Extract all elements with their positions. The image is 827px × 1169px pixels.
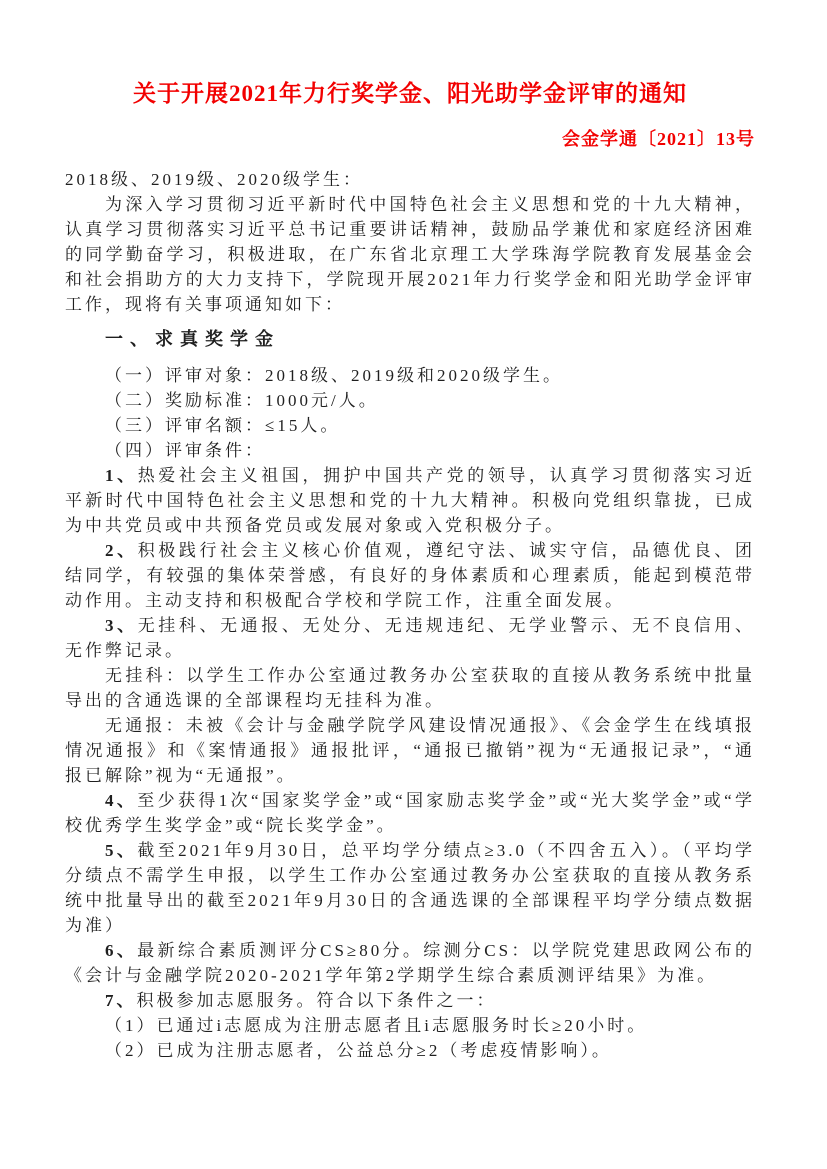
condition-1-number: 1、 — [105, 466, 138, 485]
condition-6-number: 6、 — [105, 941, 137, 960]
condition-2: 2、积极践行社会主义核心价值观，遵纪守法、诚实守信，品德优良、团结同学，有较强的… — [65, 538, 755, 613]
condition-3-number: 3、 — [105, 616, 138, 635]
intro-paragraph: 为深入学习贯彻习近平新时代中国特色社会主义思想和党的十九大精神，认真学习贯彻落实… — [65, 192, 755, 317]
document-page: 关于开展2021年力行奖学金、阳光助学金评审的通知 会金学通〔2021〕13号 … — [0, 0, 827, 1169]
condition-3-text: 无挂科、无通报、无处分、无违规违纪、无学业警示、无不良信用、无作弊记录。 — [65, 616, 755, 660]
condition-5-text: 截至2021年9月30日，总平均学分绩点≥3.0（不四舍五入）。（平均学分绩点不… — [65, 841, 755, 935]
condition-7: 7、积极参加志愿服务。符合以下条件之一： — [65, 988, 755, 1013]
notice-body: 2018级、2019级、2020级学生： 为深入学习贯彻习近平新时代中国特色社会… — [65, 167, 755, 1063]
quota-item: （三）评审名额：≤15人。 — [65, 413, 755, 438]
conditions-label: （四）评审条件： — [65, 438, 755, 463]
condition-3: 3、无挂科、无通报、无处分、无违规违纪、无学业警示、无不良信用、无作弊记录。 — [65, 613, 755, 663]
condition-4: 4、至少获得1次“国家奖学金”或“国家励志奖学金”或“光大奖学金”或“学校优秀学… — [65, 788, 755, 838]
no-report-note: 无通报：未被《会计与金融学院学风建设情况通报》、《会金学生在线填报情况通报》和《… — [65, 713, 755, 788]
condition-2-number: 2、 — [105, 541, 138, 560]
condition-5: 5、截至2021年9月30日，总平均学分绩点≥3.0（不四舍五入）。（平均学分绩… — [65, 838, 755, 938]
document-number: 会金学通〔2021〕13号 — [65, 128, 755, 150]
award-standard-item: （二）奖励标准：1000元/人。 — [65, 388, 755, 413]
section-heading: 一、求真奖学金 — [65, 327, 755, 352]
condition-4-number: 4、 — [105, 791, 137, 810]
volunteer-option-2: （2）已成为注册志愿者，公益总分≥2（考虑疫情影响）。 — [65, 1038, 755, 1063]
condition-2-text: 积极践行社会主义核心价值观，遵纪守法、诚实守信，品德优良、团结同学，有较强的集体… — [65, 541, 755, 610]
condition-7-text: 积极参加志愿服务。符合以下条件之一： — [137, 991, 497, 1010]
condition-7-number: 7、 — [105, 991, 137, 1010]
condition-4-text: 至少获得1次“国家奖学金”或“国家励志奖学金”或“光大奖学金”或“学校优秀学生奖… — [65, 791, 755, 835]
notice-title: 关于开展2021年力行奖学金、阳光助学金评审的通知 — [65, 80, 755, 107]
condition-1-text: 热爱社会主义祖国，拥护中国共产党的领导，认真学习贯彻落实习近平新时代中国特色社会… — [65, 466, 755, 535]
condition-1: 1、热爱社会主义祖国，拥护中国共产党的领导，认真学习贯彻落实习近平新时代中国特色… — [65, 463, 755, 538]
no-failed-course-note: 无挂科：以学生工作办公室通过教务办公室获取的直接从教务系统中批量导出的含通选课的… — [65, 663, 755, 713]
condition-6: 6、最新综合素质测评分CS≥80分。综测分CS：以学院党建思政网公布的《会计与金… — [65, 938, 755, 988]
volunteer-option-1: （1）已通过i志愿成为注册志愿者且i志愿服务时长≥20小时。 — [65, 1013, 755, 1038]
condition-5-number: 5、 — [105, 841, 137, 860]
salutation: 2018级、2019级、2020级学生： — [65, 167, 755, 192]
condition-6-text: 最新综合素质测评分CS≥80分。综测分CS：以学院党建思政网公布的《会计与金融学… — [65, 941, 755, 985]
review-target-item: （一）评审对象：2018级、2019级和2020级学生。 — [65, 363, 755, 388]
